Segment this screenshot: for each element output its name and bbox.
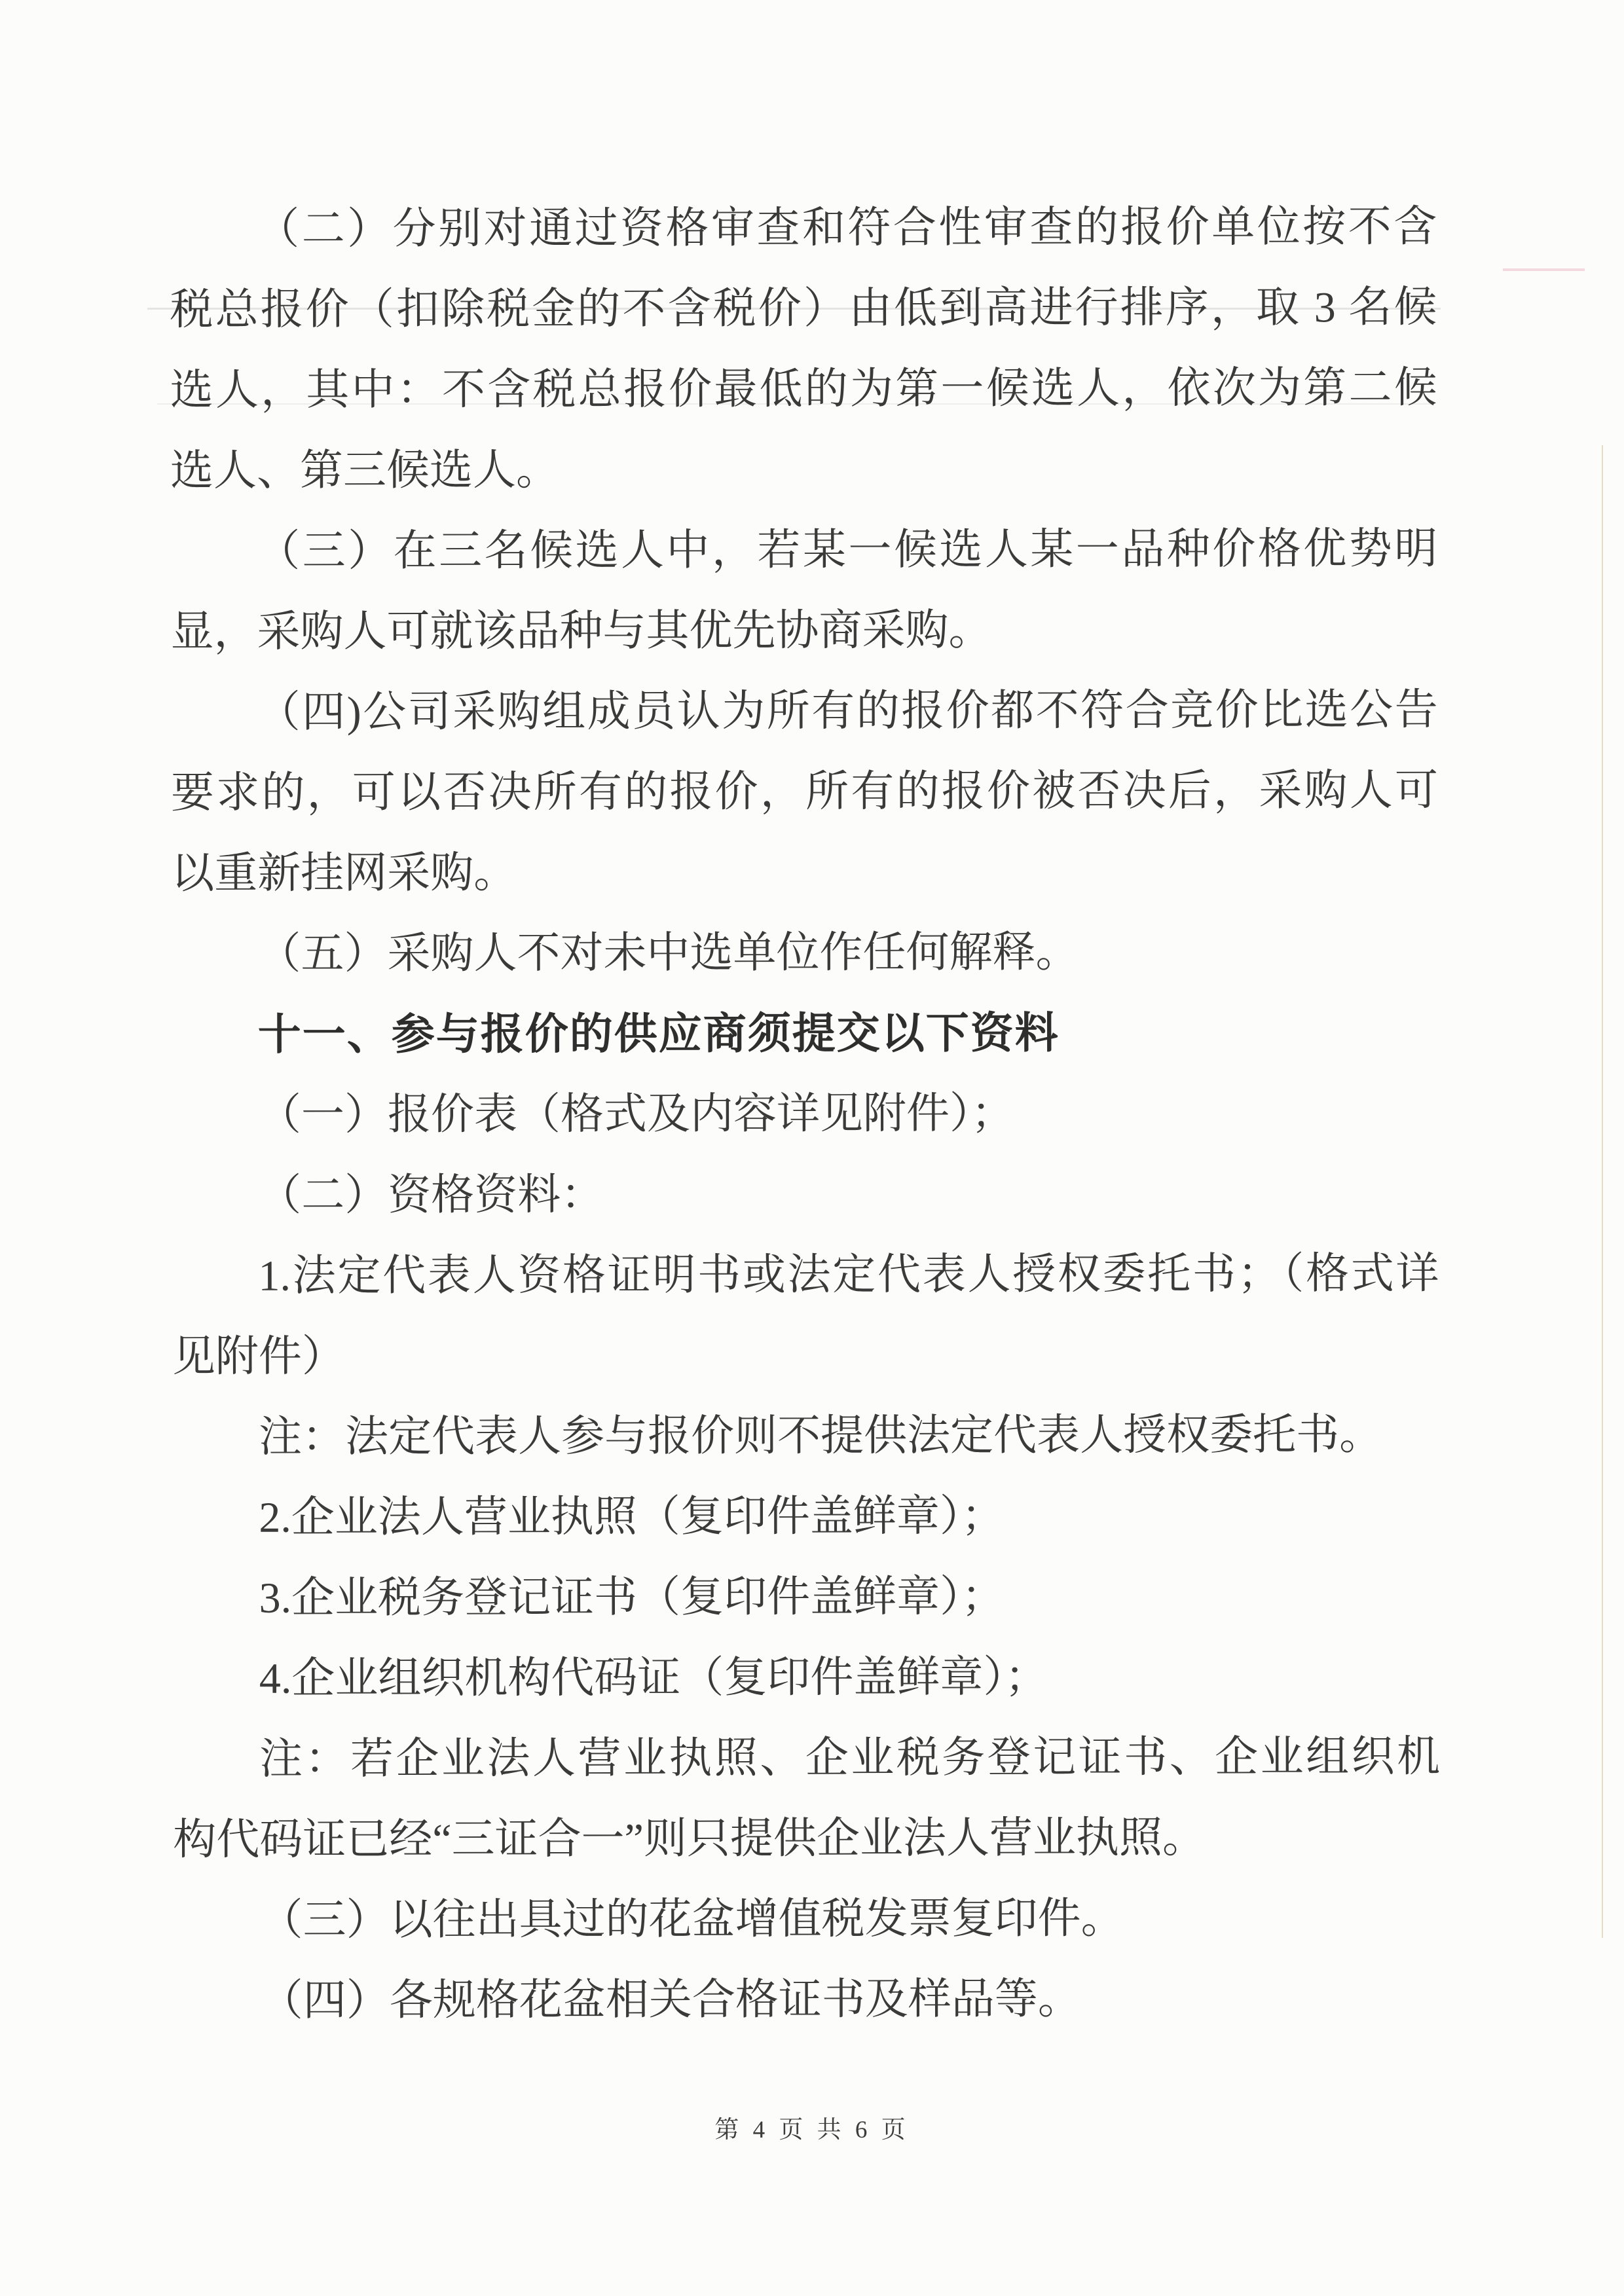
text-line: （二）分别对通过资格审查和符合性审查的报价单位按不含 — [170, 187, 1437, 270]
text-line: 4.企业组织机构代码证（复印件盖鲜章）； — [173, 1636, 1440, 1719]
text-line: 2.企业法人营业执照（复印件盖鲜章）； — [172, 1475, 1439, 1558]
text-line: （二）资格资料： — [172, 1153, 1439, 1236]
text-line: 注：法定代表人参与报价则不提供法定代表人授权委托书。 — [172, 1394, 1439, 1478]
text-line: 以重新挂网采购。 — [171, 831, 1438, 914]
text-line: 见附件） — [172, 1314, 1439, 1397]
text-line: 构代码证已经“三证合一”则只提供企业法人营业执照。 — [173, 1797, 1440, 1880]
text-line: （四)公司采购组成员认为所有的报价都不符合竞价比选公告 — [171, 670, 1438, 753]
text-line: 1.法定代表人资格证明书或法定代表人授权委托书；（格式详 — [172, 1233, 1439, 1317]
text-line: 选人、第三候选人。 — [170, 428, 1437, 511]
scan-edge-artifact — [1602, 445, 1603, 1938]
text-line: 税总报价（扣除税金的不含税价）由低到高进行排序，取 3 名候 — [170, 267, 1437, 350]
document-page: （二）分别对通过资格审查和符合性审查的报价单位按不含税总报价（扣除税金的不含税价… — [0, 0, 1624, 2296]
text-line: （三）以往出具过的花盆增值税发票复印件。 — [173, 1878, 1440, 1961]
document-body: （二）分别对通过资格审查和符合性审查的报价单位按不含税总报价（扣除税金的不含税价… — [170, 187, 1441, 2041]
text-line: （五）采购人不对未中选单位作任何解释。 — [171, 911, 1438, 994]
text-line: 3.企业税务登记证书（复印件盖鲜章）； — [172, 1556, 1439, 1639]
text-line: 注：若企业法人营业执照、企业税务登记证书、企业组织机 — [173, 1717, 1440, 1800]
text-line: 十一、参与报价的供应商须提交以下资料 — [172, 992, 1439, 1075]
text-line: 显，采购人可就该品种与其优先协商采购。 — [170, 589, 1437, 672]
text-line: （四）各规格花盆相关合格证书及样品等。 — [174, 1958, 1441, 2041]
text-line: 要求的，可以否决所有的报价，所有的报价被否决后，采购人可 — [171, 750, 1438, 833]
text-line: 选人，其中：不含税总报价最低的为第一候选人，依次为第二候 — [170, 348, 1437, 431]
page-number: 第 4 页 共 6 页 — [0, 2109, 1624, 2145]
text-line: （三）在三名候选人中，若某一候选人某一品种价格优势明 — [170, 509, 1437, 592]
text-line: （一）报价表（格式及内容详见附件）； — [172, 1072, 1439, 1156]
scan-streak — [1503, 268, 1585, 271]
